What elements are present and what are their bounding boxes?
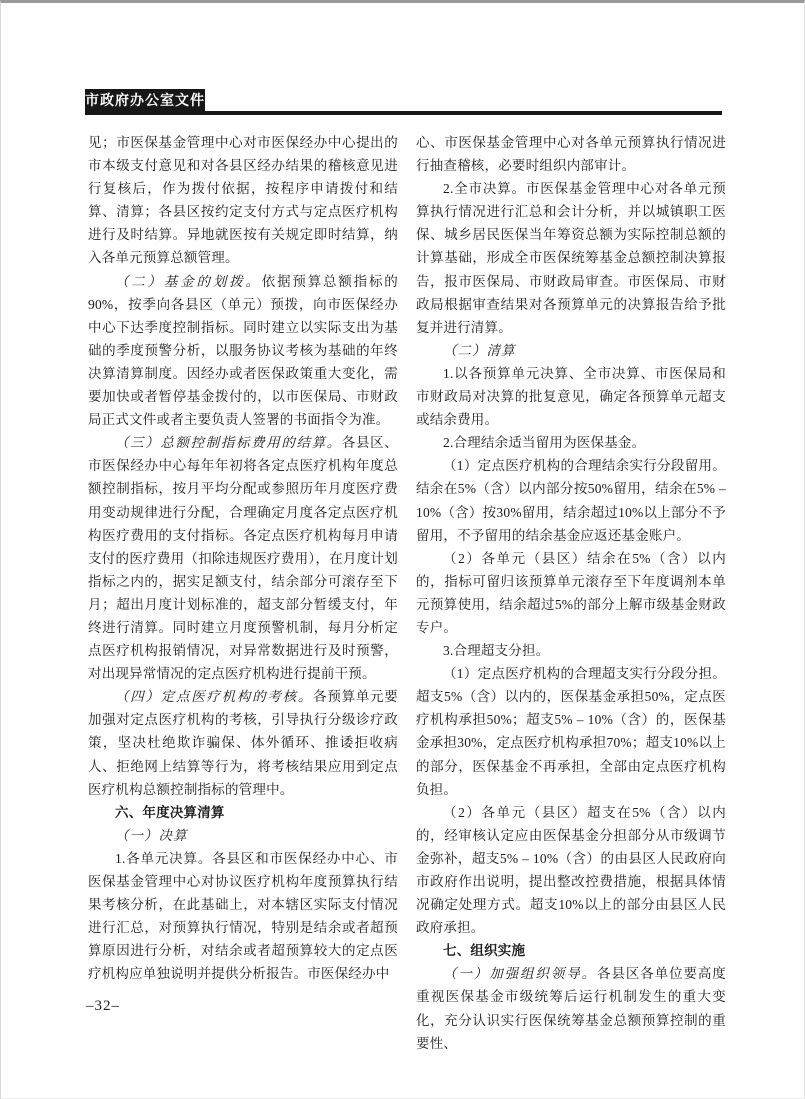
body-paragraph: （1）定点医疗机构的合理结余实行分段留用。结余在5%（含）以内部分按50%留用，… [416, 454, 726, 546]
body-paragraph: （一）加强组织领导。各县区各单位要高度重视医保基金市级统筹后运行机制发生的重大变… [416, 962, 726, 1054]
body-paragraph: 2.合理结余适当留用为医保基金。 [416, 431, 726, 454]
body-paragraph: （2）各单元（县区）结余在5%（含）以内的，指标可留归该预算单元滚存至下年度调剂… [416, 547, 726, 639]
subsection-heading: （一）决算 [88, 824, 398, 847]
body-paragraph: 心、市医保基金管理中心对各单元预算执行情况进行抽查稽核，必要时组织内部审计。 [416, 131, 726, 177]
paragraph-lead: （三）总额控制指标费用的结算。 [115, 435, 342, 450]
page-number: –32– [86, 998, 120, 1015]
body-paragraph: （1）定点医疗机构的合理超支实行分段分担。超支5%（含）以内的，医保基金承担50… [416, 662, 726, 801]
left-column: 见；市医保基金管理中心对市医保经办中心提出的市本级支付意见和对各县区经办结果的稽… [88, 131, 398, 1055]
paragraph-lead: （四）定点医疗机构的考核。 [115, 689, 313, 704]
document-page: 市政府办公室文件 见；市医保基金管理中心对市医保经办中心提出的市本级支付意见和对… [0, 0, 805, 1099]
body-paragraph: 3.合理超支分担。 [416, 639, 726, 662]
body-paragraph: 见；市医保基金管理中心对市医保经办中心提出的市本级支付意见和对各县区经办结果的稽… [88, 131, 398, 270]
paragraph-lead: （二）基金的划拨。 [115, 274, 262, 289]
header-rule [85, 111, 722, 115]
body-paragraph: （二）基金的划拨。依据预算总额指标的90%，按季向各县区（单元）预拨，向市医保经… [88, 270, 398, 432]
section-heading: 六、年度决算清算 [88, 801, 398, 824]
body-paragraph: 1.以各预算单元决算、全市决算、市医保局和市财政局对决算的批复意见，确定各预算单… [416, 362, 726, 431]
body-paragraph: （三）总额控制指标费用的结算。各县区、市医保经办中心每年年初将各定点医疗机构年度… [88, 431, 398, 685]
document-category-label: 市政府办公室文件 [85, 89, 205, 111]
paragraph-lead: （一）加强组织领导。 [443, 966, 597, 981]
body-paragraph: 2.全市决算。市医保基金管理中心对各单元预算执行情况进行汇总和会计分析，并以城镇… [416, 177, 726, 339]
body-paragraph: （2）各单元（县区）超支在5%（含）以内的，经审核认定应由医保基金分担部分从市级… [416, 801, 726, 940]
body-paragraph: （四）定点医疗机构的考核。各预算单元要加强对定点医疗机构的考核，引导执行分级诊疗… [88, 685, 398, 800]
right-column: 心、市医保基金管理中心对各单元预算执行情况进行抽查稽核，必要时组织内部审计。2.… [416, 131, 726, 1055]
document-body: 见；市医保基金管理中心对市医保经办中心提出的市本级支付意见和对各县区经办结果的稽… [88, 131, 726, 1055]
subsection-heading: （二）清算 [416, 339, 726, 362]
body-paragraph: 1.各单元决算。各县区和市医保经办中心、市医保基金管理中心对协议医疗机构年度预算… [88, 847, 398, 986]
section-heading: 七、组织实施 [416, 939, 726, 962]
